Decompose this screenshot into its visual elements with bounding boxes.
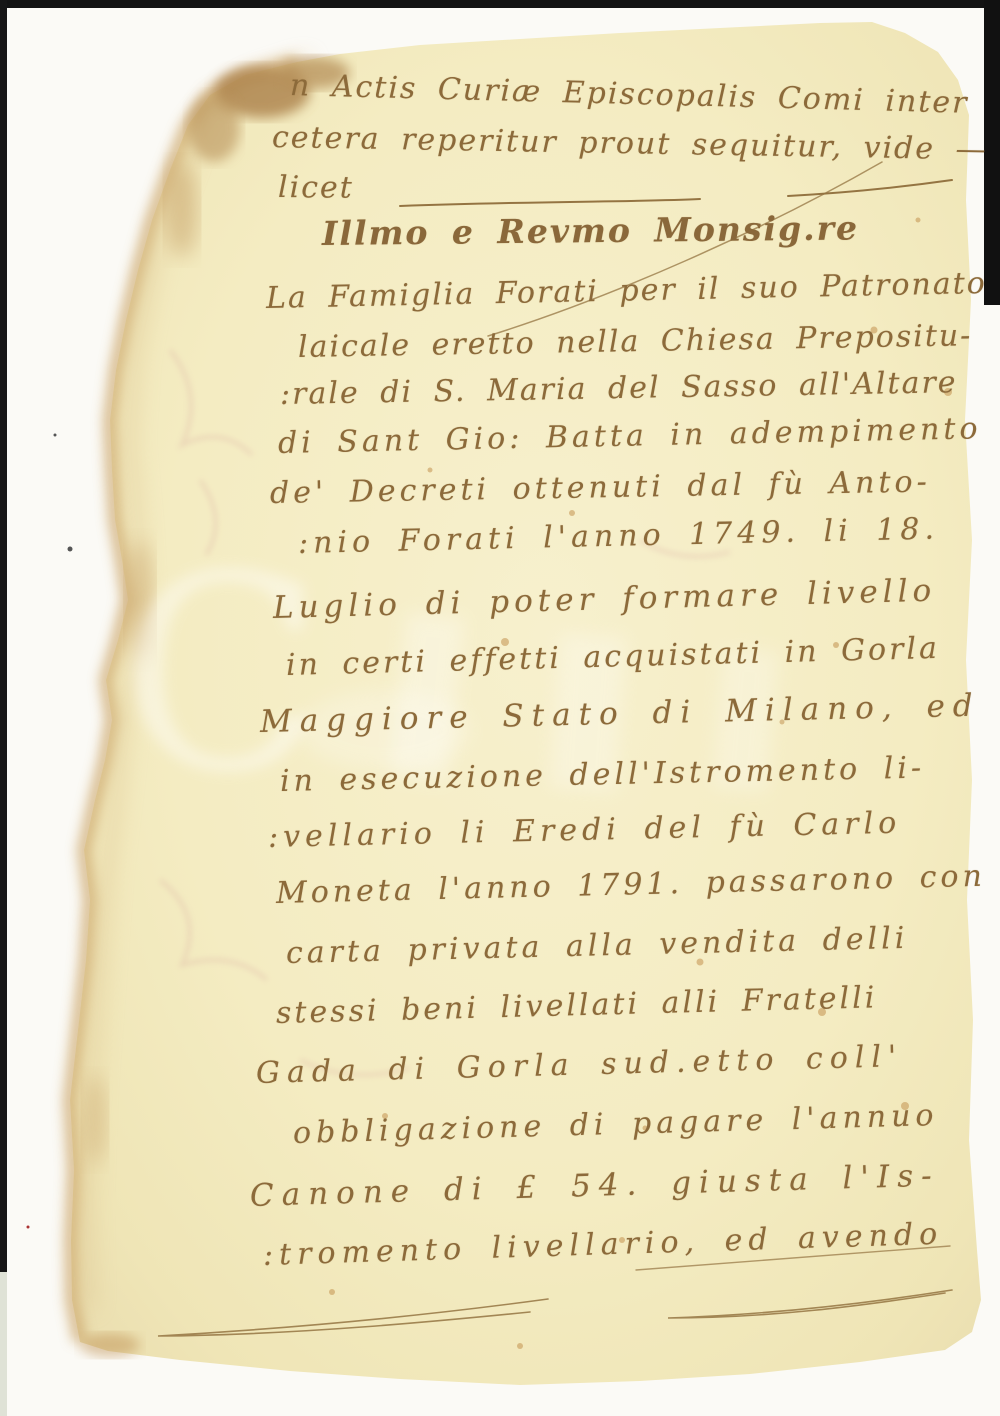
- paper-shape: [70, 22, 981, 1385]
- paper-sheet-graphic: [0, 0, 1000, 1416]
- scanned-manuscript-page: C n Actis Curiæ Episcopalis Comi interce…: [0, 0, 1000, 1416]
